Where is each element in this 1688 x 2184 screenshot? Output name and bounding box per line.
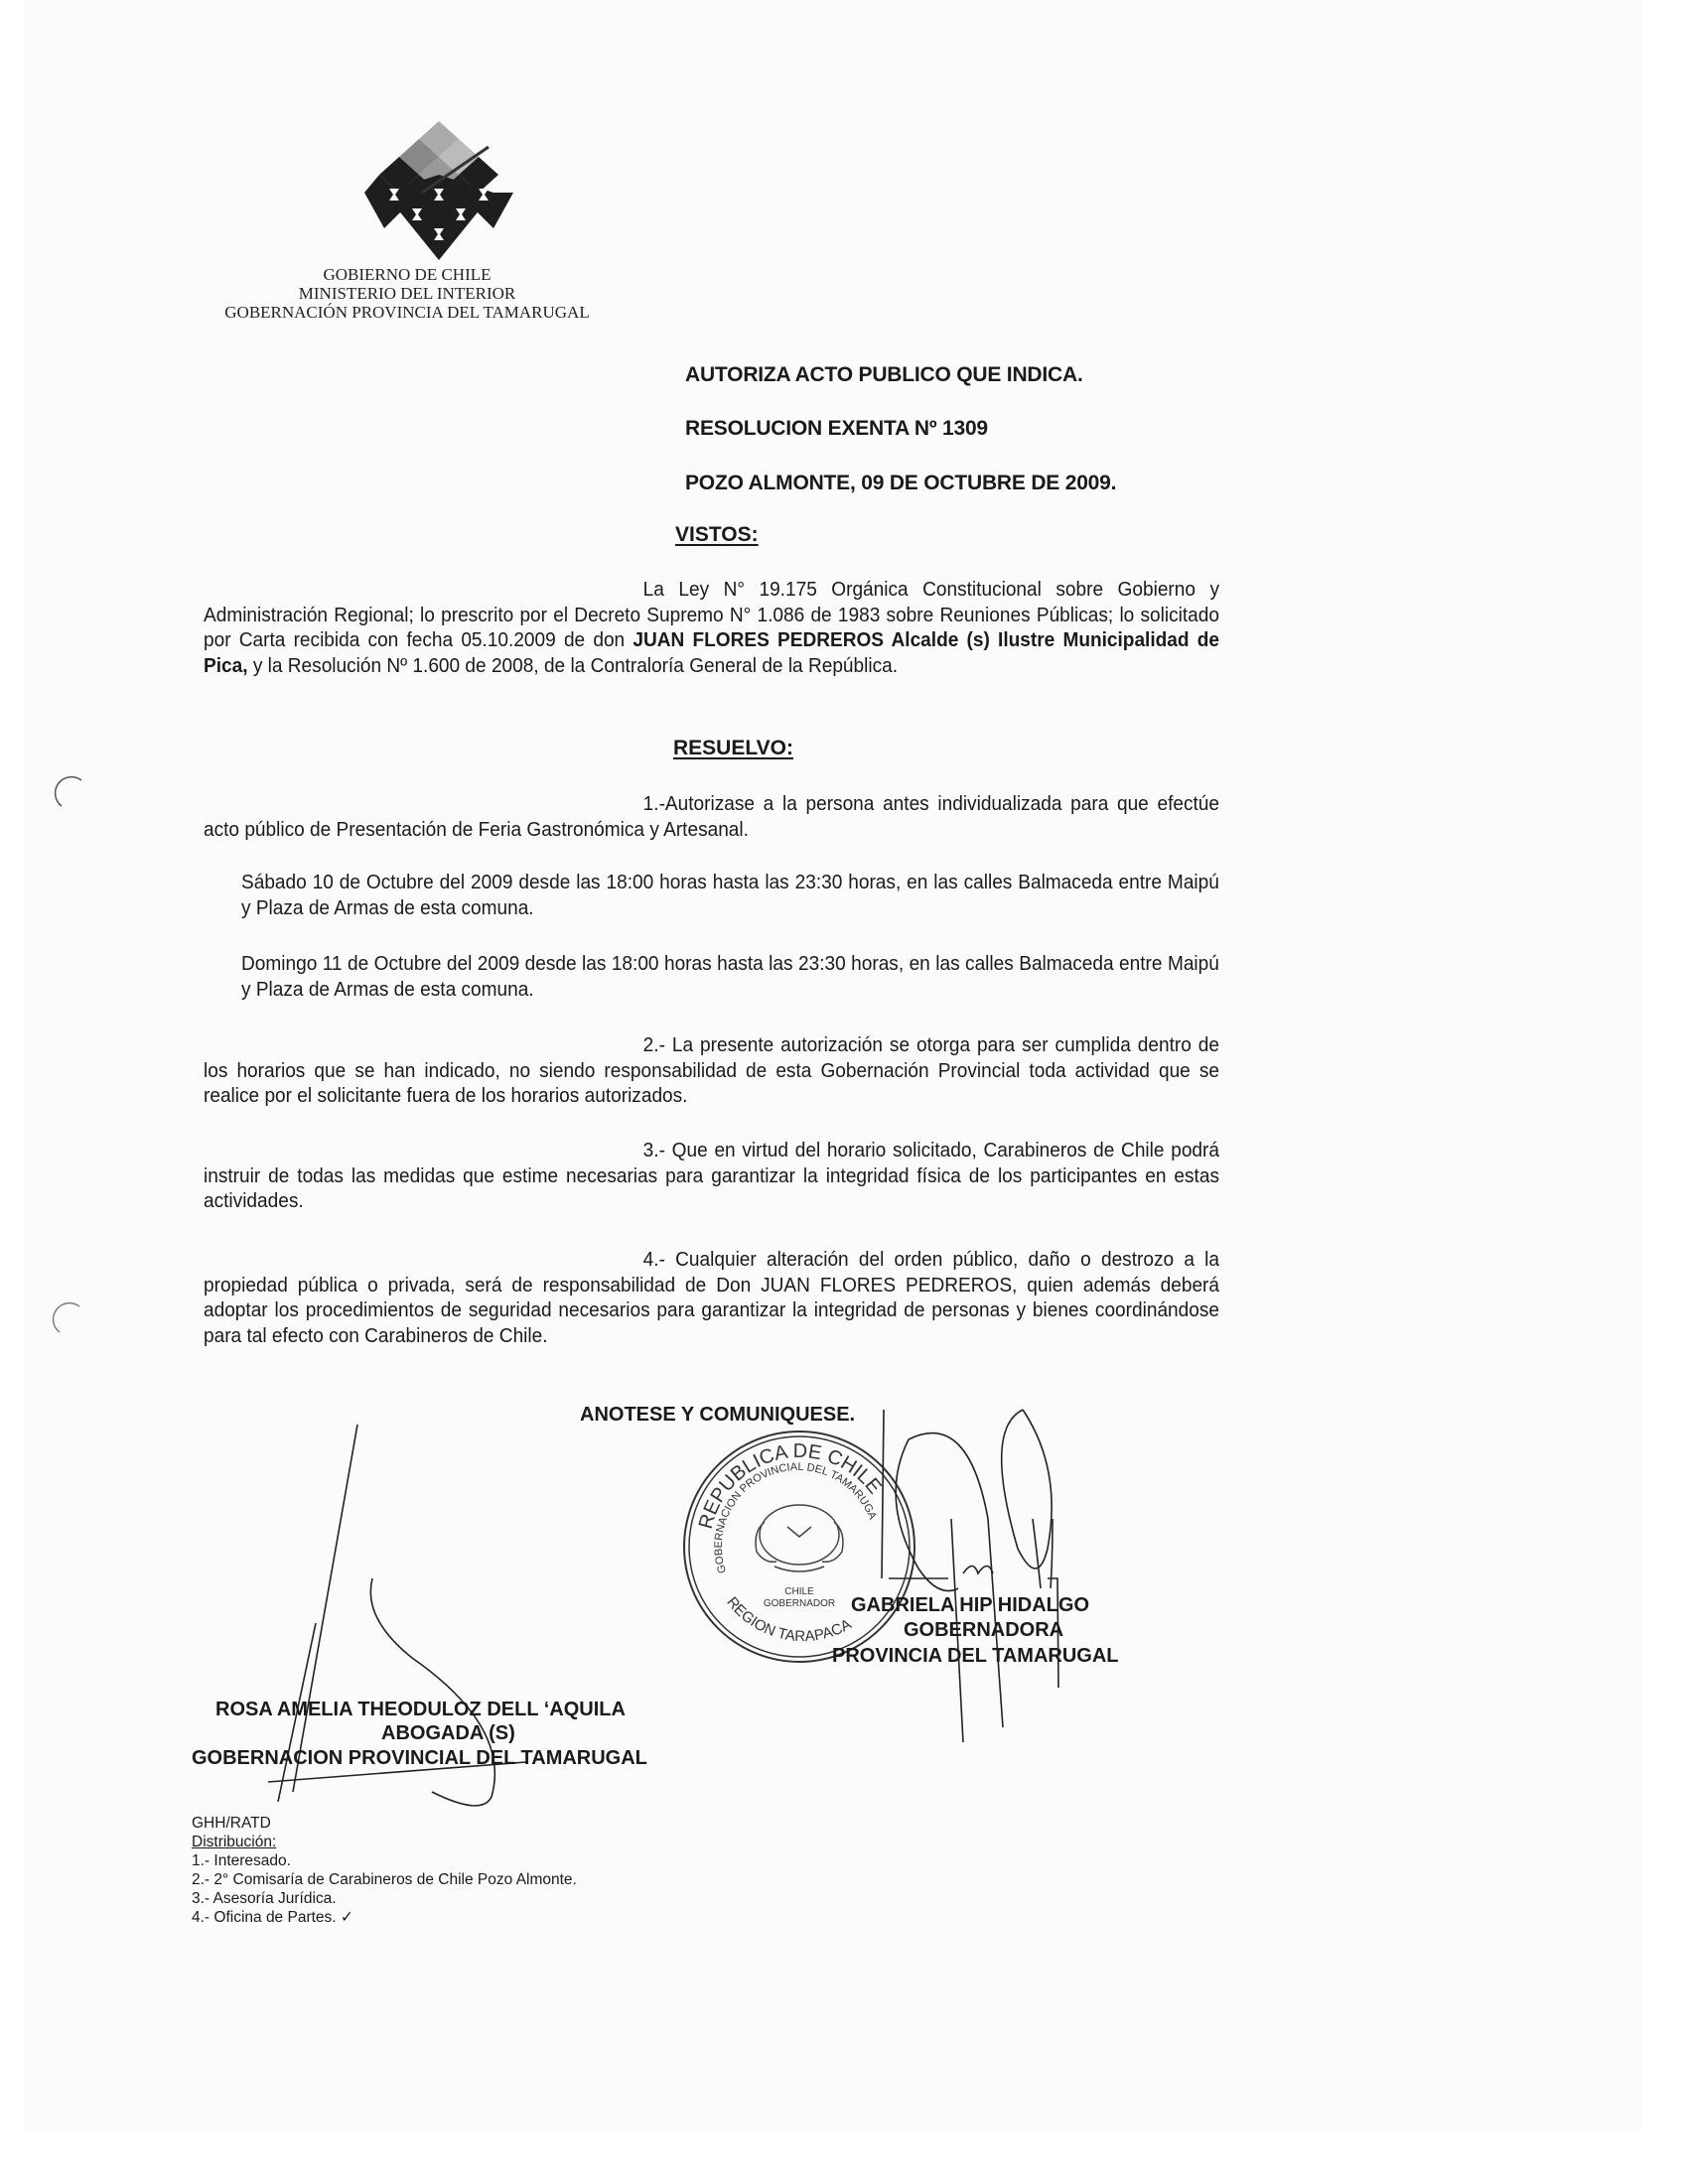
vistos-heading: VISTOS:	[675, 523, 759, 547]
punch-hole-mark-icon	[50, 1302, 89, 1342]
header-government: GOBIERNO DE CHILE	[179, 265, 635, 285]
distribution-block: GHH/RATD Distribución: 1.- Interesado. 2…	[192, 1814, 577, 1927]
initials: GHH/RATD	[192, 1814, 577, 1833]
resolution-number: RESOLUCION EXENTA Nº 1309	[685, 417, 988, 441]
svg-text:CHILE: CHILE	[784, 1586, 814, 1597]
distribution-heading: Distribución:	[192, 1833, 577, 1851]
signatory-left-office: GOBERNACION PROVINCIAL DEL TAMARUGAL	[192, 1747, 647, 1770]
header-governorate: GOBERNACIÓN PROVINCIA DEL TAMARUGAL	[179, 303, 635, 323]
checkmark-icon: ✓	[337, 1909, 353, 1926]
vistos-paragraph: La Ley N° 19.175 Orgánica Constitucional…	[204, 577, 1219, 678]
schedule-saturday: Sábado 10 de Octubre del 2009 desde las …	[241, 870, 1219, 920]
signature-left-icon	[199, 1425, 715, 1802]
resuelvo-item-3: 3.- Que en virtud del horario solicitado…	[204, 1138, 1219, 1214]
resolution-subject: AUTORIZA ACTO PUBLICO QUE INDICA.	[685, 363, 1083, 387]
header-ministry: MINISTERIO DEL INTERIOR	[179, 284, 635, 304]
signature-right-icon	[854, 1400, 1092, 1747]
schedule-sunday: Domingo 11 de Octubre del 2009 desde las…	[241, 951, 1219, 1002]
signatory-left-role: ABOGADA (S)	[381, 1722, 515, 1745]
distribution-item: 2.- 2° Comisaría de Carabineros de Chile…	[192, 1870, 577, 1889]
resuelvo-item-4: 4.- Cualquier alteración del orden públi…	[204, 1247, 1219, 1348]
distribution-item: 3.- Asesoría Jurídica.	[192, 1889, 577, 1908]
resuelvo-item-2: 2.- La presente autorización se otorga p…	[204, 1032, 1219, 1109]
signatory-left-name: ROSA AMELIA THEODULOZ DELL ‘AQUILA	[215, 1699, 626, 1721]
svg-text:GOBERNADOR: GOBERNADOR	[764, 1598, 835, 1609]
distribution-item: 4.- Oficina de Partes. ✓	[192, 1908, 577, 1927]
vistos-text-2: y la Resolución Nº 1.600 de 2008, de la …	[248, 654, 899, 677]
closing-formula: ANOTESE Y COMUNIQUESE.	[580, 1404, 855, 1427]
distribution-item: 1.- Interesado.	[192, 1851, 577, 1870]
resuelvo-item-1: 1.-Autorizase a la persona antes individ…	[204, 791, 1219, 842]
punch-hole-mark-icon	[52, 776, 91, 816]
resolution-place-date: POZO ALMONTE, 09 DE OCTUBRE DE 2009.	[685, 472, 1116, 495]
gobierno-de-chile-logo-icon	[364, 121, 513, 260]
resuelvo-heading: RESUELVO:	[673, 737, 793, 760]
